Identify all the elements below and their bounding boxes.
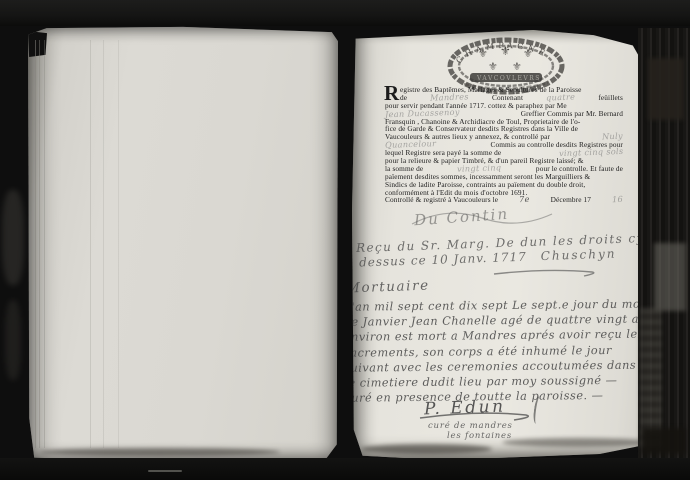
controller-signature: Du Contin bbox=[413, 205, 509, 230]
register-scan-photo: CHAMPAGNE ⚜ ⚜ ⚜ ⚜ ⚜ VAVCOVLEVRS R egistr… bbox=[0, 0, 690, 480]
handwritten-insert: 7e bbox=[519, 196, 530, 204]
printed-text: feüillets bbox=[598, 94, 623, 102]
printed-line: Controllé & registré à Vaucouleurs le7eD… bbox=[385, 196, 623, 204]
scan-artifact bbox=[148, 470, 182, 472]
page-edge-line bbox=[35, 40, 36, 448]
fore-edge-shadow bbox=[648, 58, 684, 120]
burial-entry: L'an mil sept cent dix sept Le sept.e jo… bbox=[343, 296, 674, 406]
book-bottom-shadow bbox=[0, 458, 690, 480]
fleur-de-lis-icon: ⚜ bbox=[488, 61, 498, 73]
fore-edge-highlight bbox=[654, 243, 686, 311]
cure-title-line-2: les fontaines bbox=[447, 431, 512, 441]
cure-title-line-1: curé de mandres bbox=[428, 421, 513, 431]
printed-text: Décembre 17 bbox=[551, 196, 591, 204]
fore-edge-shadow bbox=[642, 428, 686, 454]
cure-signature: P. Edun bbox=[424, 397, 506, 420]
stain bbox=[502, 438, 652, 447]
fleur-de-lis-icon: ⚜ bbox=[523, 48, 533, 60]
left-page-blank bbox=[28, 26, 338, 462]
stain bbox=[40, 448, 280, 456]
book-top-shadow bbox=[0, 0, 690, 26]
page-edge-line bbox=[103, 40, 104, 448]
stain bbox=[2, 190, 24, 285]
entry-line: curé en presence de toutte la paroisse. … bbox=[344, 387, 674, 406]
fleur-de-lis-icon: ⚜ bbox=[500, 44, 511, 58]
stain bbox=[5, 300, 21, 380]
printed-text: Controllé & registré à Vaucouleurs le bbox=[385, 196, 498, 204]
fleur-de-lis-icon: ⚜ bbox=[478, 48, 488, 60]
entry-heading: Mortuaire bbox=[346, 278, 430, 297]
fleur-de-lis-icon: ⚜ bbox=[512, 61, 522, 73]
receipt-signer: Chuschyn bbox=[540, 247, 616, 264]
stain bbox=[362, 444, 492, 454]
printed-lines: egistre des Baptêmes, Mariages & Sepultu… bbox=[385, 86, 623, 204]
right-page-register: CHAMPAGNE ⚜ ⚜ ⚜ ⚜ ⚜ VAVCOVLEVRS R egistr… bbox=[352, 30, 654, 460]
page-edge-line bbox=[118, 40, 119, 448]
printed-register-form: R egistre des Baptêmes, Mariages & Sepul… bbox=[385, 86, 623, 204]
stamp-band-text: VAVCOVLEVRS bbox=[476, 75, 541, 82]
book-fore-edge bbox=[638, 28, 690, 466]
page-edge-line bbox=[44, 40, 45, 448]
page-edge-line bbox=[39, 40, 40, 448]
page-edge-line bbox=[90, 40, 91, 448]
handwritten-insert: 16 bbox=[612, 196, 623, 204]
page-stack-edges bbox=[640, 308, 662, 448]
underline-flourish bbox=[492, 266, 602, 280]
